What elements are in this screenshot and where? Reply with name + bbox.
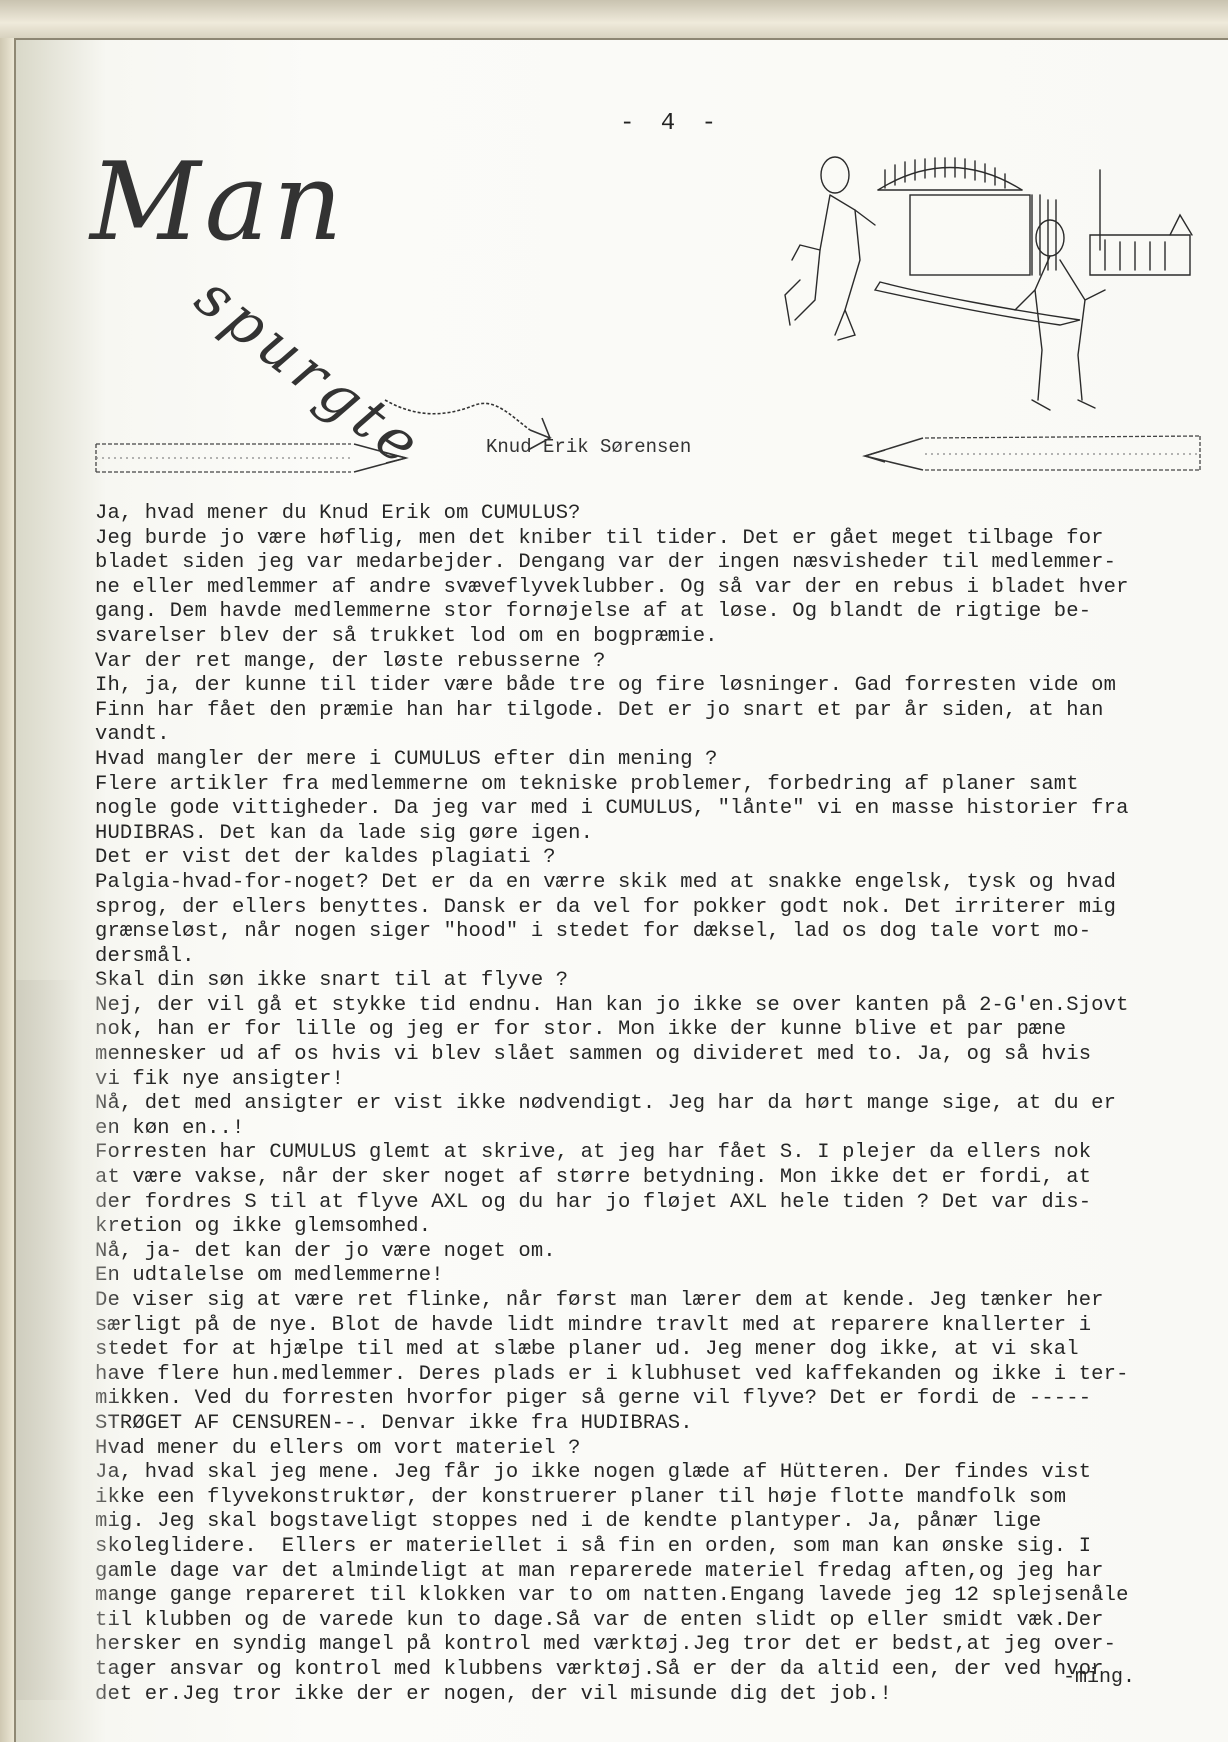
article-line: Var der ret mange, der løste rebusserne … <box>95 650 1205 675</box>
binder-left-edge <box>0 38 16 1742</box>
article-line: der fordres S til at flyve AXL og du har… <box>95 1191 1205 1216</box>
article-line: mennesker ud af os hvis vi blev slået sa… <box>95 1043 1205 1068</box>
article-line: mig. Jeg skal bogstaveligt stoppes ned i… <box>95 1510 1205 1535</box>
binder-top-edge <box>0 0 1228 40</box>
article-line: svarelser blev der så trukket lod om en … <box>95 625 1205 650</box>
article-line: Hvad mener du ellers om vort materiel ? <box>95 1437 1205 1462</box>
article-line: det er.Jeg tror ikke der er nogen, der v… <box>95 1683 1205 1708</box>
article-line: Finn har fået den præmie han har tilgode… <box>95 699 1205 724</box>
article-line: STRØGET AF CENSUREN--. Denvar ikke fra H… <box>95 1412 1205 1437</box>
article-line: vandt. <box>95 723 1205 748</box>
article-line: Det er vist det der kaldes plagiati ? <box>95 846 1205 871</box>
pencil-pointing-left-icon <box>855 432 1215 476</box>
article-line: stedet for at hjælpe til med at slæbe pl… <box>95 1338 1205 1363</box>
glider-pilots-illustration-icon <box>760 150 1228 420</box>
article-line: nok, han er for lille og jeg er for stor… <box>95 1018 1205 1043</box>
article-line: til klubben og de varede kun to dage.Så … <box>95 1609 1205 1634</box>
pencil-pointing-right-icon <box>86 438 426 478</box>
article-line: Ja, hvad skal jeg mene. Jeg får jo ikke … <box>95 1461 1205 1486</box>
article-line: gang. Dem havde medlemmerne stor fornøje… <box>95 600 1205 625</box>
article-line: hersker en syndig mangel på kontrol med … <box>95 1633 1205 1658</box>
article-line: mikken. Ved du forresten hvorfor piger s… <box>95 1387 1205 1412</box>
article-line: Jeg burde jo være høflig, men det kniber… <box>95 527 1205 552</box>
article-line: kretion og ikke glemsomhed. <box>95 1215 1205 1240</box>
article-line: Nej, der vil gå et stykke tid endnu. Han… <box>95 994 1205 1019</box>
article-line: skoleglidere. Ellers er materiellet i så… <box>95 1535 1205 1560</box>
article-line: bladet siden jeg var medarbejder. Dengan… <box>95 551 1205 576</box>
article-line: ikke een flyvekonstruktør, der konstruer… <box>95 1486 1205 1511</box>
interview-article-body: Ja, hvad mener du Knud Erik om CUMULUS?J… <box>95 502 1205 1707</box>
article-line: HUDIBRAS. Det kan da lade sig gøre igen. <box>95 822 1205 847</box>
article-line: mange gange repareret til klokken var to… <box>95 1584 1205 1609</box>
article-line: en køn en..! <box>95 1117 1205 1142</box>
article-line: vi fik nye ansigter! <box>95 1068 1205 1093</box>
article-line: dersmål. <box>95 945 1205 970</box>
article-line: Forresten har CUMULUS glemt at skrive, a… <box>95 1141 1205 1166</box>
article-line: at være vakse, når der sker noget af stø… <box>95 1166 1205 1191</box>
article-line: Skal din søn ikke snart til at flyve ? <box>95 969 1205 994</box>
article-line: Hvad mangler der mere i CUMULUS efter di… <box>95 748 1205 773</box>
article-line: nogle gode vittigheder. Da jeg var med i… <box>95 797 1205 822</box>
author-signature: -ming. <box>1063 1666 1135 1689</box>
article-line: tager ansvar og kontrol med klubbens vær… <box>95 1658 1205 1683</box>
article-line: sprog, der ellers benyttes. Dansk er da … <box>95 896 1205 921</box>
article-line: Ih, ja, der kunne til tider være både tr… <box>95 674 1205 699</box>
article-line: Nå, ja- det kan der jo være noget om. <box>95 1240 1205 1265</box>
title-handwritten-man: Man <box>90 140 347 265</box>
article-line: grænseløst, når nogen siger "hood" i ste… <box>95 920 1205 945</box>
article-line: Flere artikler fra medlemmerne om teknis… <box>95 773 1205 798</box>
author-byline: Knud Erik Sørensen <box>486 436 691 458</box>
page-number: - 4 - <box>620 110 722 137</box>
article-line: Palgia-hvad-for-noget? Det er da en værr… <box>95 871 1205 896</box>
article-line: gamle dage var det almindeligt at man re… <box>95 1560 1205 1585</box>
article-line: Nå, det med ansigter er vist ikke nødven… <box>95 1092 1205 1117</box>
article-line: have flere hun.medlemmer. Deres plads er… <box>95 1363 1205 1388</box>
article-line: De viser sig at være ret flinke, når før… <box>95 1289 1205 1314</box>
article-line: En udtalelse om medlemmerne! <box>95 1264 1205 1289</box>
article-line: Ja, hvad mener du Knud Erik om CUMULUS? <box>95 502 1205 527</box>
article-line: ne eller medlemmer af andre svæveflyvekl… <box>95 576 1205 601</box>
article-line: særligt på de nye. Blot de havde lidt mi… <box>95 1314 1205 1339</box>
